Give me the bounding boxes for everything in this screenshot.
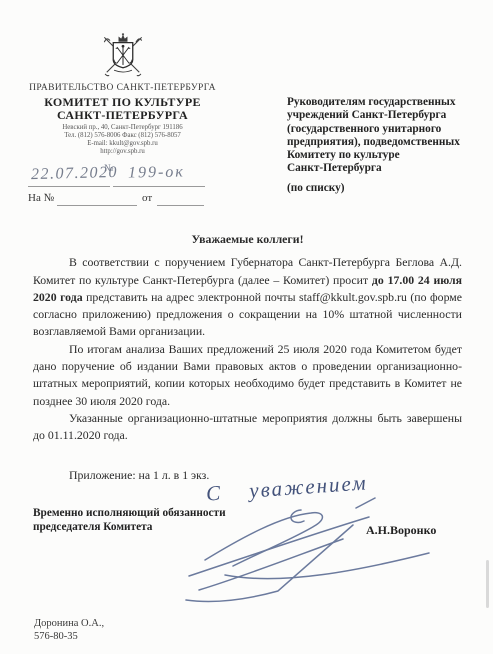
executor-contact: Доронина О.А., 576-80-35 (34, 618, 104, 643)
saint-petersburg-coat-of-arms-icon (97, 31, 149, 81)
org-email: E-mail: kkult@gov.spb.ru (15, 140, 230, 148)
government-line: ПРАВИТЕЛЬСТВО САНКТ-ПЕТЕРБУРГА (15, 83, 230, 93)
recipient-block: Руководителям государственных учреждений… (287, 96, 477, 176)
org-name-line2: САНКТ-ПЕТЕРБУРГА (15, 109, 230, 122)
recipient-list-note: (по списку) (287, 182, 345, 194)
org-contacts: Невский пр., 40, Санкт-Петербург 191186 … (15, 124, 230, 156)
letterhead: ПРАВИТЕЛЬСТВО САНКТ-ПЕТЕРБУРГА КОМИТЕТ П… (15, 31, 230, 156)
executor-name: Доронина О.А., (34, 618, 104, 631)
org-website: http://gov.spb.ru (15, 148, 230, 156)
date-underline (28, 186, 110, 187)
reply-date-blank (157, 205, 204, 206)
org-phone: Тел. (812) 576-8006 Факс (812) 576-8057 (15, 132, 230, 140)
executor-phone: 576-80-35 (34, 631, 104, 644)
org-name-line1: КОМИТЕТ ПО КУЛЬТУРЕ (15, 96, 230, 109)
reply-na-label: На № (28, 192, 54, 204)
letter-body: Уважаемые коллеги! В соответствии с пору… (33, 231, 462, 484)
handwritten-outgoing-number: 199-ок (128, 164, 185, 183)
scan-artifact (486, 560, 489, 608)
reply-number-blank (57, 205, 137, 206)
paragraph-1: В соответствии с поручением Губернатора … (33, 254, 462, 340)
number-sign: № (104, 163, 114, 174)
reply-ot-label: от (142, 192, 152, 204)
signer-title: Временно исполняющий обязанности председ… (33, 507, 263, 534)
paragraph-3: Указанные организационно-штатные меропри… (33, 410, 462, 445)
org-address: Невский пр., 40, Санкт-Петербург 191186 (15, 124, 230, 132)
signer-name: А.Н.Воронко (366, 523, 436, 538)
number-underline (113, 186, 205, 187)
scanned-letter-page: ПРАВИТЕЛЬСТВО САНКТ-ПЕТЕРБУРГА КОМИТЕТ П… (0, 0, 493, 654)
salutation: Уважаемые коллеги! (33, 231, 462, 248)
paragraph-2: По итогам анализа Ваших предложений 25 и… (33, 341, 462, 410)
paragraph-1-continuation: представить на адрес электронной почты s… (33, 290, 462, 339)
